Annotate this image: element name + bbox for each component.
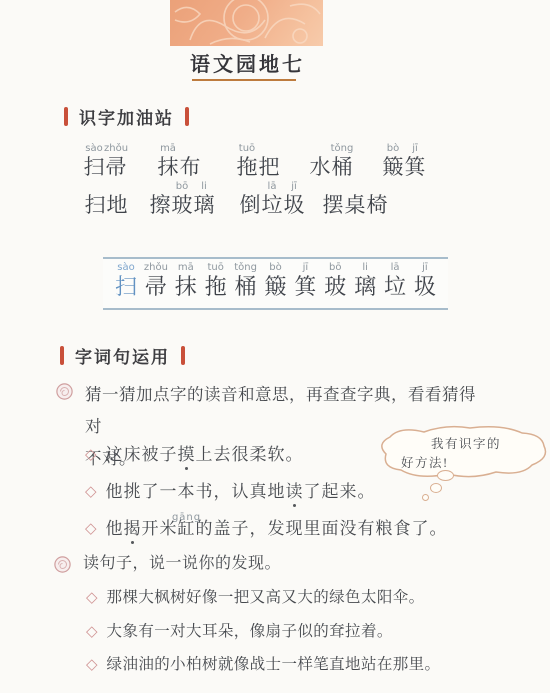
char-unit: zhǒu帚 [105, 143, 127, 180]
decorative-pattern-block [170, 0, 323, 46]
dotted-char: 摸 [178, 444, 196, 466]
bubble-text-line2: 好方法! [401, 453, 449, 471]
diamond-bullet-icon: ◇ [85, 518, 97, 540]
hanzi: 帚 [106, 155, 127, 180]
char-unit: 布 [179, 143, 201, 180]
hanzi: 桌 [345, 193, 366, 218]
word-saozhou: sào扫 zhǒu帚 [83, 143, 127, 180]
dotted-char: 读 [286, 481, 304, 503]
char-unit: tuō拖 [203, 262, 229, 308]
char-unit: lā垃 [382, 262, 408, 308]
thought-bubble: 我有识字的 好方法! [374, 424, 548, 480]
pinyin: lā [391, 262, 400, 274]
pinyin: mā [160, 143, 176, 155]
example-sentence: ◇ 绿油油的小柏树就像战士一样笔直地站在那里。 [86, 654, 440, 676]
pinyin: jī [291, 181, 297, 193]
page-title: 语文园地七 [190, 48, 305, 77]
red-bar-icon [185, 107, 189, 126]
pinyin: tuō [239, 143, 255, 155]
word-boji: bò簸 jī箕 [382, 143, 426, 180]
char-unit: 扫 [84, 181, 106, 218]
char-unit: zhǒu帚 [143, 262, 169, 308]
hanzi: 摆 [323, 193, 344, 218]
diamond-bullet-icon: ◇ [85, 444, 97, 466]
hanzi: 圾 [414, 274, 436, 299]
ruby-pinyin: gāng [172, 507, 201, 529]
diamond-bullet-icon: ◇ [85, 481, 97, 503]
pinyin: tǒng [331, 143, 354, 155]
phoenix-pattern-icon [170, 0, 323, 46]
hanzi: 璃 [354, 274, 376, 299]
example-sentence: ◇ 他挑了一本书，认真地读了起来。 [85, 481, 376, 503]
char-unit: bò簸 [262, 262, 288, 308]
char-unit: li璃 [193, 181, 215, 218]
hanzi: 箕 [294, 274, 316, 299]
char-unit: 地 [106, 181, 128, 218]
red-bar-icon [64, 107, 68, 126]
char-unit: tuō拖 [236, 143, 258, 180]
section-title: 字词句运用 [75, 343, 170, 368]
hanzi: 擦 [150, 193, 171, 218]
hanzi: 桶 [332, 155, 353, 180]
hanzi: 布 [180, 155, 201, 180]
word-daolaji: 倒 lā垃 jī圾 [239, 181, 305, 218]
title-underline [192, 79, 296, 81]
bubble-tail-circle [430, 483, 442, 493]
sentence-part: 他挑了一本书，认真地 [106, 482, 286, 501]
word-baizhuoyi: 摆 桌 椅 [322, 181, 388, 218]
section-title: 识字加油站 [79, 104, 174, 129]
pinyin: lā [268, 181, 277, 193]
section-header-zicijuyunyong: 字词句运用 [60, 343, 185, 368]
sentence-text: 那棵大枫树好像一把又高又大的绿色太阳伞。 [107, 587, 425, 609]
section-header-shizi: 识字加油站 [64, 104, 189, 129]
pinyin: zhǒu [144, 262, 168, 274]
pinyin: sào [85, 143, 102, 155]
hanzi: 箕 [405, 155, 426, 180]
pinyin: bō [176, 181, 188, 193]
textbook-page: 语文园地七 识字加油站 sào扫 zhǒu帚 mā抹 布 tuō拖 把 水 tǒ… [0, 0, 550, 693]
hanzi: 簸 [264, 274, 286, 299]
hanzi: 拖 [237, 155, 258, 180]
char-unit: mā抹 [157, 143, 179, 180]
char-unit: jī圾 [283, 181, 305, 218]
hanzi: 倒 [240, 193, 261, 218]
sentence-part: 上去很柔软。 [196, 445, 304, 464]
char-unit: sào扫 [113, 262, 139, 308]
example-sentence: ◇ 他揭开米gāng缸的盖子，发现里面没有粮食了。 [85, 518, 448, 540]
char-unit: sào扫 [83, 143, 105, 180]
bubble-text-line1: 我有识字的 [431, 434, 501, 452]
char-unit: tǒng桶 [233, 262, 259, 308]
hanzi: 璃 [194, 193, 215, 218]
pinyin: zhǒu [104, 143, 128, 155]
hanzi: 抹 [158, 155, 179, 180]
example-sentence: ◇ 这床被子摸上去很柔软。 [85, 444, 304, 466]
example-sentence: ◇ 大象有一对大耳朵，像扇子似的耷拉着。 [86, 621, 393, 643]
char-unit: mā抹 [173, 262, 199, 308]
char-unit: jī箕 [292, 262, 318, 308]
char-unit: 把 [258, 143, 280, 180]
bubble-tail-circle [422, 494, 429, 501]
char-unit: 擦 [149, 181, 171, 218]
pinyin: jī [422, 262, 428, 274]
hanzi: 地 [107, 193, 128, 218]
hanzi: 拖 [205, 274, 227, 299]
bubble-tail-circle [437, 470, 454, 481]
char-unit: 水 [309, 143, 331, 180]
word-tuoba: tuō拖 把 [236, 143, 280, 180]
cloud-icon [374, 424, 548, 480]
char-unit: lā垃 [261, 181, 283, 218]
pinyin: li [362, 262, 368, 274]
sentence-part: 他 [106, 519, 124, 538]
hanzi: 扫 [115, 274, 137, 299]
dotted-char: 揭 [124, 518, 142, 540]
hanzi: 玻 [324, 274, 346, 299]
hanzi: 圾 [284, 193, 305, 218]
example-sentence: ◇ 那棵大枫树好像一把又高又大的绿色太阳伞。 [86, 587, 425, 609]
sentence-part: 了起来。 [304, 482, 376, 501]
pinyin: jī [412, 143, 418, 155]
char-unit: bō玻 [171, 181, 193, 218]
character-practice-strip: sào扫 zhǒu帚 mā抹 tuō拖 tǒng桶 bò簸 jī箕 bō玻 li… [103, 257, 448, 310]
word-shuitong: 水 tǒng桶 [309, 143, 353, 180]
char-unit: jī箕 [404, 143, 426, 180]
hanzi: 垃 [384, 274, 406, 299]
task-text: 读句子，说一说你的发现。 [83, 552, 281, 578]
red-bar-icon [60, 346, 64, 365]
hanzi: 簸 [383, 155, 404, 180]
pinyin: tǒng [234, 262, 257, 274]
sentence-text: 大象有一对大耳朵，像扇子似的耷拉着。 [107, 621, 393, 643]
hanzi: 扫 [85, 193, 106, 218]
spiral-bullet-icon [56, 383, 73, 475]
char-unit: 倒 [239, 181, 261, 218]
sentence-part: 这床被子 [106, 445, 178, 464]
pinyin: sào [117, 262, 134, 274]
hanzi: 抹 [175, 274, 197, 299]
char-unit: 摆 [322, 181, 344, 218]
pinyin: bò [387, 143, 399, 155]
hanzi: 水 [310, 155, 331, 180]
hanzi: 桶 [235, 274, 257, 299]
char-unit: 桌 [344, 181, 366, 218]
char-unit: bò簸 [382, 143, 404, 180]
diamond-bullet-icon: ◇ [86, 654, 98, 676]
char-unit: li璃 [352, 262, 378, 308]
sentence-text: 他揭开米gāng缸的盖子，发现里面没有粮食了。 [106, 518, 448, 540]
word-saodi: 扫 地 [84, 181, 128, 218]
pinyin: jī [303, 262, 309, 274]
char-unit: bō玻 [322, 262, 348, 308]
ruby-char: gāng缸 [178, 518, 196, 540]
pinyin: tuō [207, 262, 223, 274]
diamond-bullet-icon: ◇ [86, 587, 98, 609]
spiral-bullet-icon [54, 556, 71, 578]
sentence-part: 的盖子，发现里面没有粮食了。 [196, 519, 448, 538]
pinyin: bò [269, 262, 281, 274]
hanzi: 椅 [367, 193, 388, 218]
red-bar-icon [181, 346, 185, 365]
char-unit: jī圾 [412, 262, 438, 308]
sentence-text: 绿油油的小柏树就像战士一样笔直地站在那里。 [107, 654, 441, 676]
sentence-text: 他挑了一本书，认真地读了起来。 [106, 481, 376, 503]
word-caboli: 擦 bō玻 li璃 [149, 181, 215, 218]
task-read-sentences: 读句子，说一说你的发现。 [54, 552, 484, 578]
hanzi: 扫 [84, 155, 105, 180]
hanzi: 帚 [145, 274, 167, 299]
diamond-bullet-icon: ◇ [86, 621, 98, 643]
pinyin: bō [329, 262, 341, 274]
hanzi: 垃 [262, 193, 283, 218]
sentence-text: 这床被子摸上去很柔软。 [106, 444, 304, 466]
hanzi: 玻 [172, 193, 193, 218]
char-unit: tǒng桶 [331, 143, 353, 180]
pinyin: mā [178, 262, 194, 274]
char-unit: 椅 [366, 181, 388, 218]
word-mabu: mā抹 布 [157, 143, 201, 180]
hanzi: 把 [259, 155, 280, 180]
pinyin: li [201, 181, 207, 193]
